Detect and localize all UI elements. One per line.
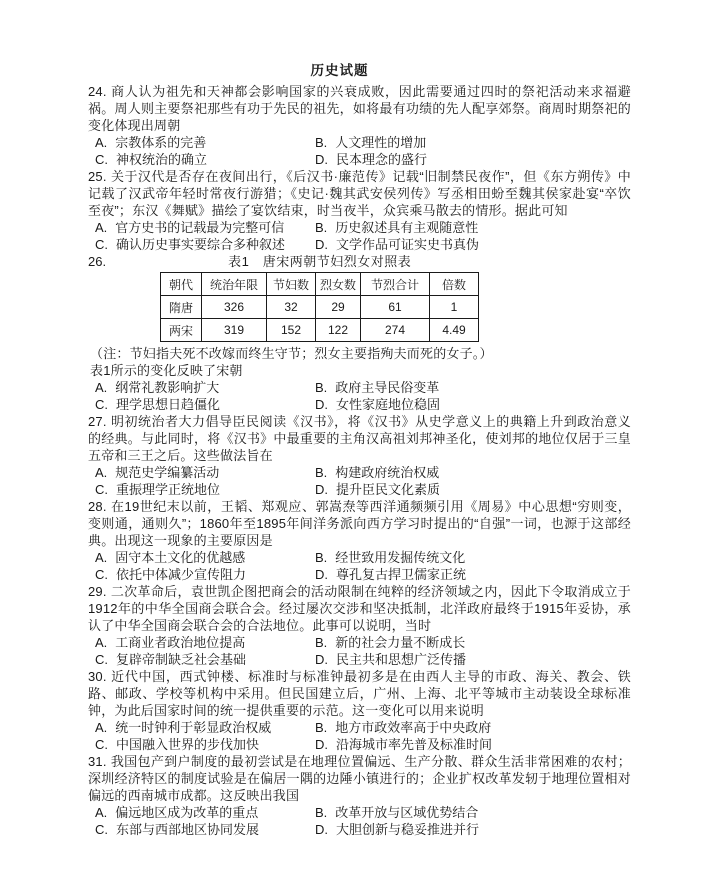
option-text: 中国融入世界的步伐加快 xyxy=(116,737,259,752)
option-label: B. xyxy=(315,465,327,480)
option-text: 确认历史事实要综合多种叙述 xyxy=(116,237,285,252)
question-text: 在19世纪末以前，王韬、郑观应、郭嵩焘等西洋通频频引用《周易》中心思想“穷则变，… xyxy=(88,499,631,548)
option-text: 偏远地区成为改革的重点 xyxy=(115,805,258,820)
option-text: 依托中体减少宣传阻力 xyxy=(116,567,246,582)
option-text: 沿海城市率先普及标准时间 xyxy=(336,737,492,752)
option-label: C. xyxy=(95,397,108,412)
option-text: 改革开放与区域优势结合 xyxy=(335,805,478,820)
option-b: B.历史叙述具有主观随意性 xyxy=(315,219,478,236)
option-a: A.宗教体系的完善 xyxy=(95,134,315,151)
question-number: 25. xyxy=(88,169,107,184)
question-24: 24.商人认为祖先和天神都会影响国家的兴衰成败，因此需要通过四时的祭祀活动来求福… xyxy=(88,83,631,168)
option-d: D.大胆创新与稳妥推进并行 xyxy=(315,821,479,838)
option-label: B. xyxy=(315,550,327,565)
page-title: 历史试题 xyxy=(88,62,591,79)
question-options: A.偏远地区成为改革的重点 B.改革开放与区域优势结合 C.东部与西部地区协同发… xyxy=(88,804,631,838)
option-c: C.东部与西部地区协同发展 xyxy=(95,821,315,838)
table-caption-row: 26. 表1 唐宋两朝节妇烈女对照表 xyxy=(88,253,631,270)
option-c: C.复辟帝制缺乏社会基础 xyxy=(95,651,315,668)
option-label: D. xyxy=(315,397,328,412)
table-header-cell: 节烈合计 xyxy=(361,273,430,296)
option-label: B. xyxy=(315,635,327,650)
option-text: 新的社会力量不断成长 xyxy=(335,635,465,650)
option-d: D.提升臣民文化素质 xyxy=(315,481,440,498)
option-text: 构建政府统治权威 xyxy=(335,465,439,480)
option-label: C. xyxy=(95,822,108,837)
question-27: 27.明初统治者大力倡导臣民阅读《汉书》，将《汉书》从史学意义上的典籍上升到政治… xyxy=(88,413,631,498)
table-cell: 1 xyxy=(430,296,479,319)
option-label: B. xyxy=(315,220,327,235)
option-label: C. xyxy=(95,482,108,497)
option-text: 纲常礼教影响扩大 xyxy=(115,380,219,395)
question-stem: 27.明初统治者大力倡导臣民阅读《汉书》，将《汉书》从史学意义上的典籍上升到政治… xyxy=(88,413,631,464)
question-stem: 31.我国包产到户制度的最初尝试是在地理位置偏远、生产分散、群众生活非常困难的农… xyxy=(88,753,631,804)
option-b: B.构建政府统治权威 xyxy=(315,464,439,481)
option-label: D. xyxy=(315,737,328,752)
option-text: 民主共和思想广泛传播 xyxy=(336,652,466,667)
option-label: C. xyxy=(95,737,108,752)
table-cell: 61 xyxy=(361,296,430,319)
option-text: 官方史书的记载最为完整可信 xyxy=(115,220,284,235)
question-options: A.工商业者政治地位提高 B.新的社会力量不断成长 C.复辟帝制缺乏社会基础 D… xyxy=(88,634,631,668)
option-c: C.依托中体减少宣传阻力 xyxy=(95,566,315,583)
table-cell: 319 xyxy=(202,319,267,342)
table-note: （注：节妇指夫死不改嫁而终生守节；烈女主要指殉夫而死的女子。） xyxy=(88,345,631,362)
table-1: 朝代 统治年限 节妇数 烈女数 节烈合计 倍数 隋唐 326 32 29 61 … xyxy=(160,272,479,342)
table-cell: 29 xyxy=(316,296,361,319)
table-cell: 32 xyxy=(267,296,316,319)
option-label: A. xyxy=(95,465,107,480)
table-header-cell: 节妇数 xyxy=(267,273,316,296)
option-label: B. xyxy=(315,805,327,820)
option-text: 民本理念的盛行 xyxy=(336,152,427,167)
question-text: 关于汉代是否存在夜间出行，《后汉书·廉范传》记载“旧制禁民夜作”，但《东方朔传》… xyxy=(88,169,631,218)
question-options: A.官方史书的记载最为完整可信 B.历史叙述具有主观随意性 C.确认历史事实要综… xyxy=(88,219,631,253)
question-options: A.固守本土文化的优越感 B.经世致用发掘传统文化 C.依托中体减少宣传阻力 D… xyxy=(88,549,631,583)
question-stem: 25.关于汉代是否存在夜间出行，《后汉书·廉范传》记载“旧制禁民夜作”，但《东方… xyxy=(88,168,631,219)
question-options: A.规范史学编纂活动 B.构建政府统治权威 C.重振理学正统地位 D.提升臣民文… xyxy=(88,464,631,498)
question-options: A.统一时钟利于彰显政治权威 B.地方市政效率高于中央政府 C.中国融入世界的步… xyxy=(88,719,631,753)
question-options: A.宗教体系的完善 B.人文理性的增加 C.神权统治的确立 D.民本理念的盛行 xyxy=(88,134,631,168)
option-text: 尊孔复古捍卫儒家正统 xyxy=(336,567,466,582)
option-text: 文学作品可证实史书真伪 xyxy=(336,237,479,252)
option-d: D.沿海城市率先普及标准时间 xyxy=(315,736,492,753)
question-text: 表1所示的变化反映了宋朝 xyxy=(88,362,631,379)
options-row: C.重振理学正统地位 D.提升臣民文化素质 xyxy=(88,481,631,498)
option-label: C. xyxy=(95,152,108,167)
option-c: C.确认历史事实要综合多种叙述 xyxy=(95,236,315,253)
table-cell: 122 xyxy=(316,319,361,342)
option-text: 宗教体系的完善 xyxy=(115,135,206,150)
option-label: A. xyxy=(95,635,107,650)
option-label: A. xyxy=(95,220,107,235)
option-b: B.经世致用发掘传统文化 xyxy=(315,549,465,566)
table-cell: 两宋 xyxy=(161,319,202,342)
option-label: B. xyxy=(315,380,327,395)
option-a: A.统一时钟利于彰显政治权威 xyxy=(95,719,315,736)
question-stem: 30.近代中国，西式钟楼、标准时与标准钟最初多是在由西人主导的市政、海关、教会、… xyxy=(88,668,631,719)
question-29: 29.二次革命后，袁世凯企图把商会的活动限制在纯粹的经济领域之内，因此下令取消成… xyxy=(88,583,631,668)
table-caption: 表1 唐宋两朝节妇烈女对照表 xyxy=(228,253,411,270)
question-stem: 29.二次革命后，袁世凯企图把商会的活动限制在纯粹的经济领域之内，因此下令取消成… xyxy=(88,583,631,634)
option-text: 统一时钟利于彰显政治权威 xyxy=(115,720,271,735)
exam-page: 历史试题 24.商人认为祖先和天神都会影响国家的兴衰成败，因此需要通过四时的祭祀… xyxy=(0,0,701,838)
table-header-row: 朝代 统治年限 节妇数 烈女数 节烈合计 倍数 xyxy=(161,273,479,296)
question-text: 二次革命后，袁世凯企图把商会的活动限制在纯粹的经济领域之内，因此下令取消成立于1… xyxy=(88,584,631,633)
options-row: C.理学思想日趋僵化 D.女性家庭地位稳固 xyxy=(88,396,631,413)
option-label: A. xyxy=(95,550,107,565)
option-text: 复辟帝制缺乏社会基础 xyxy=(116,652,246,667)
table-cell: 152 xyxy=(267,319,316,342)
option-c: C.理学思想日趋僵化 xyxy=(95,396,315,413)
table-header-cell: 烈女数 xyxy=(316,273,361,296)
option-text: 大胆创新与稳妥推进并行 xyxy=(336,822,479,837)
option-a: A.固守本土文化的优越感 xyxy=(95,549,315,566)
option-label: B. xyxy=(315,135,327,150)
option-label: D. xyxy=(315,567,328,582)
option-label: D. xyxy=(315,237,328,252)
options-row: C.依托中体减少宣传阻力 D.尊孔复古捍卫儒家正统 xyxy=(88,566,631,583)
option-b: B.地方市政效率高于中央政府 xyxy=(315,719,491,736)
options-row: A.工商业者政治地位提高 B.新的社会力量不断成长 xyxy=(88,634,631,651)
question-31: 31.我国包产到户制度的最初尝试是在地理位置偏远、生产分散、群众生活非常困难的农… xyxy=(88,753,631,838)
question-stem: 28.在19世纪末以前，王韬、郑观应、郭嵩焘等西洋通频频引用《周易》中心思想“穷… xyxy=(88,498,631,549)
option-text: 经世致用发掘传统文化 xyxy=(335,550,465,565)
question-26: 26. 表1 唐宋两朝节妇烈女对照表 朝代 统治年限 节妇数 烈女数 节烈合计 … xyxy=(88,253,631,413)
question-number: 29. xyxy=(88,584,107,599)
option-a: A.工商业者政治地位提高 xyxy=(95,634,315,651)
table-row: 两宋 319 152 122 274 4.49 xyxy=(161,319,479,342)
option-d: D.民本理念的盛行 xyxy=(315,151,427,168)
question-number: 24. xyxy=(88,84,107,99)
option-text: 人文理性的增加 xyxy=(335,135,426,150)
options-row: A.官方史书的记载最为完整可信 B.历史叙述具有主观随意性 xyxy=(88,219,631,236)
question-30: 30.近代中国，西式钟楼、标准时与标准钟最初多是在由西人主导的市政、海关、教会、… xyxy=(88,668,631,753)
question-28: 28.在19世纪末以前，王韬、郑观应、郭嵩焘等西洋通频频引用《周易》中心思想“穷… xyxy=(88,498,631,583)
option-a: A.规范史学编纂活动 xyxy=(95,464,315,481)
option-d: D.尊孔复古捍卫儒家正统 xyxy=(315,566,466,583)
question-stem: 24.商人认为祖先和天神都会影响国家的兴衰成败，因此需要通过四时的祭祀活动来求福… xyxy=(88,83,631,134)
option-text: 神权统治的确立 xyxy=(116,152,207,167)
options-row: C.确认历史事实要综合多种叙述 D.文学作品可证实史书真伪 xyxy=(88,236,631,253)
option-label: A. xyxy=(95,805,107,820)
option-b: B.政府主导民俗变革 xyxy=(315,379,439,396)
option-b: B.人文理性的增加 xyxy=(315,134,426,151)
option-label: D. xyxy=(315,482,328,497)
option-label: A. xyxy=(95,380,107,395)
options-row: A.偏远地区成为改革的重点 B.改革开放与区域优势结合 xyxy=(88,804,631,821)
option-text: 女性家庭地位稳固 xyxy=(336,397,440,412)
question-number: 30. xyxy=(88,669,107,684)
options-row: C.东部与西部地区协同发展 D.大胆创新与稳妥推进并行 xyxy=(88,821,631,838)
options-row: C.中国融入世界的步伐加快 D.沿海城市率先普及标准时间 xyxy=(88,736,631,753)
option-label: D. xyxy=(315,822,328,837)
option-text: 规范史学编纂活动 xyxy=(115,465,219,480)
option-label: D. xyxy=(315,652,328,667)
option-text: 东部与西部地区协同发展 xyxy=(116,822,259,837)
option-label: C. xyxy=(95,237,108,252)
question-text: 商人认为祖先和天神都会影响国家的兴衰成败，因此需要通过四时的祭祀活动来求福避祸。… xyxy=(88,84,631,133)
table-header-cell: 朝代 xyxy=(161,273,202,296)
option-d: D.文学作品可证实史书真伪 xyxy=(315,236,479,253)
option-text: 工商业者政治地位提高 xyxy=(115,635,245,650)
option-text: 理学思想日趋僵化 xyxy=(116,397,220,412)
question-text: 明初统治者大力倡导臣民阅读《汉书》，将《汉书》从史学意义上的典籍上升到政治意义的… xyxy=(88,414,631,463)
option-label: B. xyxy=(315,720,327,735)
table-cell: 4.49 xyxy=(430,319,479,342)
option-d: D.女性家庭地位稳固 xyxy=(315,396,440,413)
option-text: 地方市政效率高于中央政府 xyxy=(335,720,491,735)
option-a: A.纲常礼教影响扩大 xyxy=(95,379,315,396)
table-header-cell: 倍数 xyxy=(430,273,479,296)
option-label: C. xyxy=(95,652,108,667)
question-number: 26. xyxy=(88,253,106,270)
option-a: A.官方史书的记载最为完整可信 xyxy=(95,219,315,236)
options-row: C.复辟帝制缺乏社会基础 D.民主共和思想广泛传播 xyxy=(88,651,631,668)
option-text: 固守本土文化的优越感 xyxy=(115,550,245,565)
question-number: 28. xyxy=(88,499,107,514)
question-25: 25.关于汉代是否存在夜间出行，《后汉书·廉范传》记载“旧制禁民夜作”，但《东方… xyxy=(88,168,631,253)
question-options: A.纲常礼教影响扩大 B.政府主导民俗变革 C.理学思想日趋僵化 D.女性家庭地… xyxy=(88,379,631,413)
option-text: 重振理学正统地位 xyxy=(116,482,220,497)
option-label: A. xyxy=(95,135,107,150)
option-c: C.神权统治的确立 xyxy=(95,151,315,168)
option-c: C.中国融入世界的步伐加快 xyxy=(95,736,315,753)
table-cell: 274 xyxy=(361,319,430,342)
option-label: A. xyxy=(95,720,107,735)
option-text: 政府主导民俗变革 xyxy=(335,380,439,395)
table-row: 隋唐 326 32 29 61 1 xyxy=(161,296,479,319)
option-b: B.改革开放与区域优势结合 xyxy=(315,804,478,821)
options-row: A.纲常礼教影响扩大 B.政府主导民俗变革 xyxy=(88,379,631,396)
options-row: A.固守本土文化的优越感 B.经世致用发掘传统文化 xyxy=(88,549,631,566)
table-header-cell: 统治年限 xyxy=(202,273,267,296)
question-text: 近代中国，西式钟楼、标准时与标准钟最初多是在由西人主导的市政、海关、教会、铁路、… xyxy=(88,669,631,718)
question-text: 我国包产到户制度的最初尝试是在地理位置偏远、生产分散、群众生活非常困难的农村；深… xyxy=(88,754,631,803)
option-a: A.偏远地区成为改革的重点 xyxy=(95,804,315,821)
option-text: 历史叙述具有主观随意性 xyxy=(335,220,478,235)
options-row: A.宗教体系的完善 B.人文理性的增加 xyxy=(88,134,631,151)
option-label: C. xyxy=(95,567,108,582)
table-cell: 隋唐 xyxy=(161,296,202,319)
options-row: C.神权统治的确立 D.民本理念的盛行 xyxy=(88,151,631,168)
question-number: 31. xyxy=(88,754,107,769)
question-number: 27. xyxy=(88,414,107,429)
options-row: A.统一时钟利于彰显政治权威 B.地方市政效率高于中央政府 xyxy=(88,719,631,736)
option-b: B.新的社会力量不断成长 xyxy=(315,634,465,651)
option-label: D. xyxy=(315,152,328,167)
table-cell: 326 xyxy=(202,296,267,319)
options-row: A.规范史学编纂活动 B.构建政府统治权威 xyxy=(88,464,631,481)
option-c: C.重振理学正统地位 xyxy=(95,481,315,498)
option-text: 提升臣民文化素质 xyxy=(336,482,440,497)
option-d: D.民主共和思想广泛传播 xyxy=(315,651,466,668)
